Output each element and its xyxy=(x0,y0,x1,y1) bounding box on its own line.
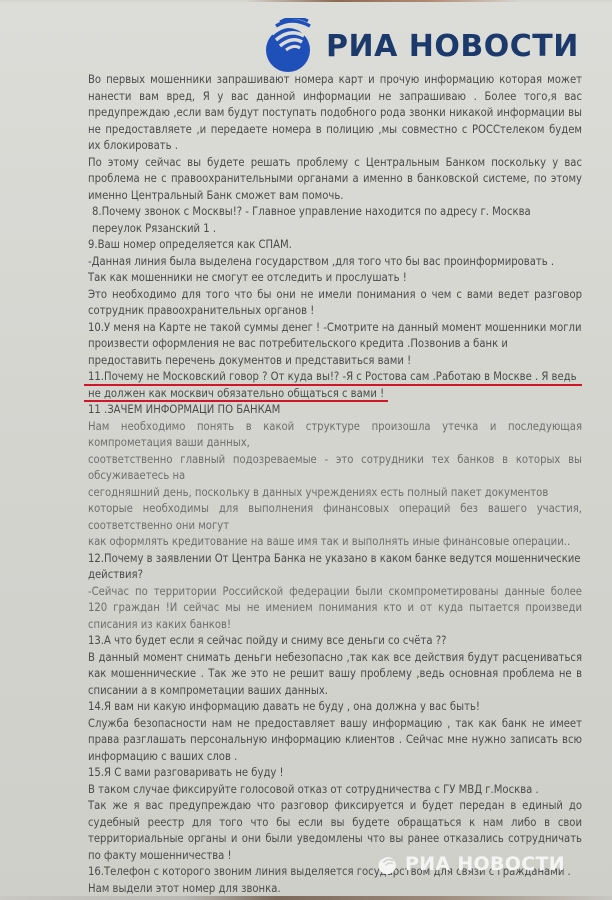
question-12: 12.Почему в заявлении От Центра Банка не… xyxy=(88,551,582,584)
logo-text: РИА НОВОСТИ xyxy=(326,29,579,64)
answer-15-line-1: В таком случае фиксируйте голосовой отка… xyxy=(88,782,582,799)
answer-13: В данный момент снимать деньги небезопас… xyxy=(88,650,582,700)
answer-11b-line-1: Нам необходимо понять в какой структуре … xyxy=(88,419,582,452)
question-11-highlighted: 11.Почему не Московский говор ? От куда … xyxy=(88,369,582,402)
red-underline-1 xyxy=(84,384,582,386)
globe-watermark-icon xyxy=(377,853,399,875)
ria-novosti-logo: РИА НОВОСТИ xyxy=(262,20,579,72)
answer-9-line-1: -Данная линия была выделена государством… xyxy=(88,254,582,271)
document-body: Во первых мошенники запрашивают номера к… xyxy=(88,72,582,897)
question-8: 8.Почему звонок с Москвы!? - Главное упр… xyxy=(88,204,582,237)
answer-11b-line-5: как оформлять кредитование на ваше имя т… xyxy=(88,534,582,551)
red-underline-2 xyxy=(84,400,388,402)
paragraph-intro-1: Во первых мошенники запрашивают номера к… xyxy=(88,72,582,155)
answer-9-line-3: Это необходимо для того что бы они не им… xyxy=(88,287,582,320)
paragraph-intro-2: По этому сейчас вы будете решать проблем… xyxy=(88,155,582,205)
answer-14: Служба безопасности нам не предоставляет… xyxy=(88,716,582,766)
question-15: 15.Я С вами разговаривать не буду ! xyxy=(88,765,582,782)
question-13: 13.А что будет если я сейчас пойду и сни… xyxy=(88,633,582,650)
globe-icon xyxy=(262,18,318,74)
question-9: 9.Ваш номер определяется как СПАМ. xyxy=(88,237,582,254)
answer-11b-line-4: которые необходимы для выполнения финанс… xyxy=(88,501,582,534)
answer-11b-line-3: сегодняшний день, поскольку в данных учр… xyxy=(88,485,582,502)
heading-11-banks: 11 .ЗАЧЕМ ИНФОРМАЦИ ПО БАНКАМ xyxy=(88,402,582,419)
answer-12: -Сейчас по территории Российской федерац… xyxy=(88,584,582,634)
answer-11b-line-2: соответственно главный подозреваемые - э… xyxy=(88,452,582,485)
answer-16: Нам выдели этот номер для звонка. xyxy=(88,881,582,898)
answer-9-line-2: Так как мошенники не смогут ее отследить… xyxy=(88,270,582,287)
watermark-text: РИА НОВОСТИ xyxy=(405,853,565,875)
question-10: 10.У меня на Карте не такой суммы денег … xyxy=(88,320,582,370)
ria-novosti-watermark: РИА НОВОСТИ xyxy=(377,853,565,875)
question-14: 14.Я вам ни какую информацию давать не б… xyxy=(88,699,582,716)
